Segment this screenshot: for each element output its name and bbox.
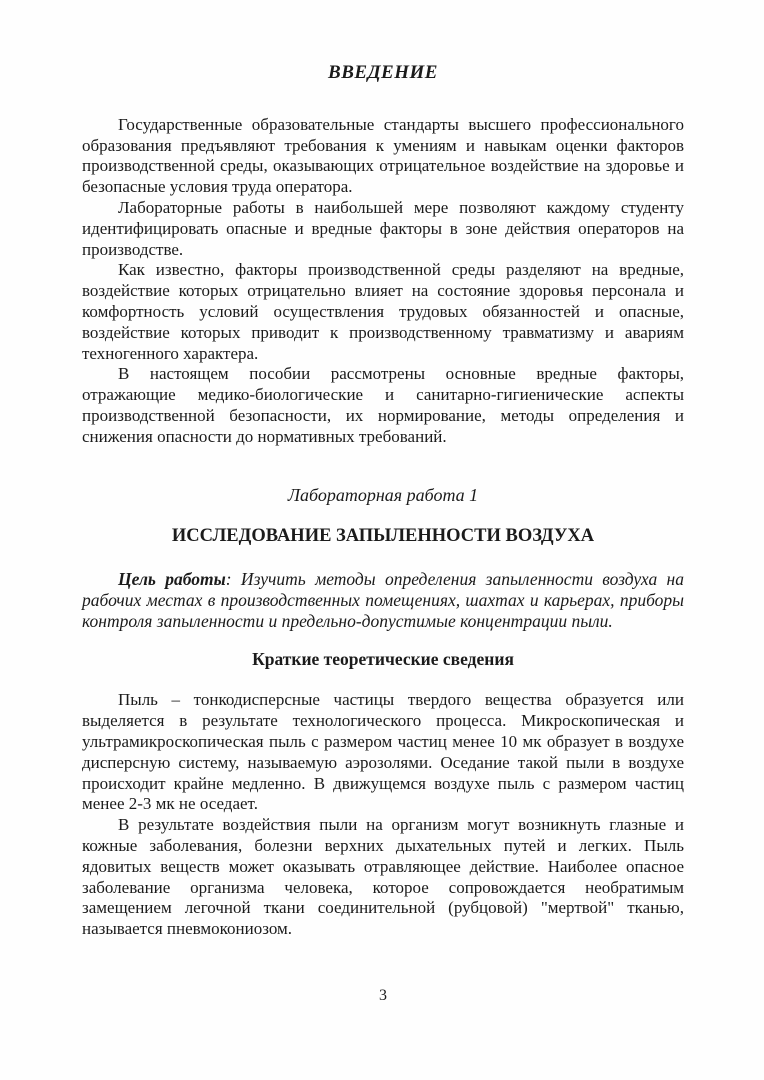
goal-label: Цель работы	[118, 569, 226, 589]
intro-paragraph-1: Государственные образовательные стандарт…	[82, 115, 684, 198]
intro-paragraph-3: Как известно, факторы производственной с…	[82, 260, 684, 364]
lab-title: ИССЛЕДОВАНИЕ ЗАПЫЛЕННОСТИ ВОЗДУХА	[82, 526, 684, 547]
theory-paragraph-1: Пыль – тонкодисперсные частицы твердого …	[82, 690, 684, 815]
intro-paragraph-4: В настоящем пособии рассмотрены основные…	[82, 364, 684, 447]
intro-title: ВВЕДЕНИЕ	[82, 63, 684, 84]
theory-heading: Краткие теоретические сведения	[82, 649, 684, 670]
theory-paragraph-2: В результате воздействия пыли на организ…	[82, 815, 684, 940]
intro-paragraph-2: Лабораторные работы в наибольшей мере по…	[82, 198, 684, 260]
document-page: ВВЕДЕНИЕ Государственные образовательные…	[0, 0, 764, 1080]
goal-paragraph: Цель работы: Изучить методы определения …	[82, 569, 684, 631]
lab-number-heading: Лабораторная работа 1	[82, 485, 684, 506]
page-number: 3	[82, 986, 684, 1007]
